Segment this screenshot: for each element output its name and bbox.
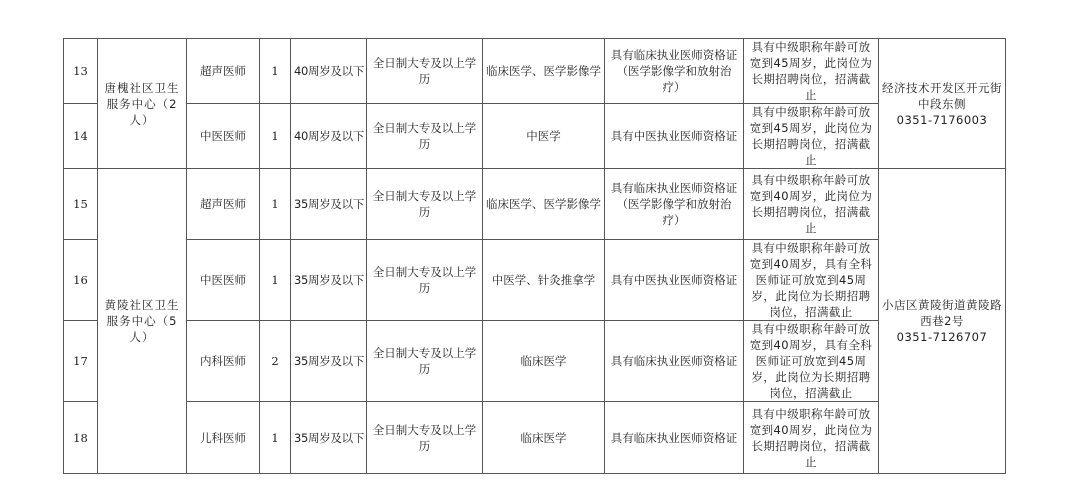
education: 全日制大专及以上学历 bbox=[367, 169, 483, 240]
row-number: 15 bbox=[64, 169, 98, 240]
headcount: 1 bbox=[260, 402, 291, 474]
qualification: 具有临床执业医师资格证 bbox=[605, 321, 744, 402]
qualification: 具有临床执业医师资格证（医学影像学和放射治疗） bbox=[605, 169, 744, 240]
note: 具有中级职称年龄可放宽到40周岁，具有全科医师证可放宽到45周岁，此岗位为长期招… bbox=[744, 321, 879, 402]
qualification: 具有临床执业医师资格证（医学影像学和放射治疗） bbox=[605, 39, 744, 104]
row-number: 16 bbox=[64, 240, 98, 321]
table-row: 16 中医医师 1 35周岁及以下 全日制大专及以上学历 中医学、针灸推拿学 具… bbox=[64, 240, 1006, 321]
headcount: 1 bbox=[260, 240, 291, 321]
position: 超声医师 bbox=[187, 169, 260, 240]
row-number: 17 bbox=[64, 321, 98, 402]
education: 全日制大专及以上学历 bbox=[367, 39, 483, 104]
row-number: 14 bbox=[64, 104, 98, 169]
qualification: 具有中医执业医师资格证 bbox=[605, 240, 744, 321]
position: 内科医师 bbox=[187, 321, 260, 402]
unit-name: 黄陵社区卫生服务中心（5人） bbox=[98, 169, 187, 474]
table-row: 15 黄陵社区卫生服务中心（5人） 超声医师 1 35周岁及以下 全日制大专及以… bbox=[64, 169, 1006, 240]
phone: 0351-7176003 bbox=[882, 112, 1002, 128]
note: 具有中级职称年龄可放宽到40周岁，此岗位为长期招聘岗位，招满截止 bbox=[744, 169, 879, 240]
recruitment-table: 13 唐槐社区卫生服务中心（2人） 超声医师 1 40周岁及以下 全日制大专及以… bbox=[63, 38, 1006, 474]
note: 具有中级职称年龄可放宽到40周岁，此岗位为长期招聘岗位，招满截止 bbox=[744, 402, 879, 474]
table-row: 13 唐槐社区卫生服务中心（2人） 超声医师 1 40周岁及以下 全日制大专及以… bbox=[64, 39, 1006, 104]
address: 经济技术开发区开元街中段东侧 bbox=[882, 80, 1002, 112]
age-requirement: 35周岁及以下 bbox=[291, 321, 367, 402]
address-contact: 经济技术开发区开元街中段东侧 0351-7176003 bbox=[879, 39, 1006, 169]
major: 临床医学、医学影像学 bbox=[483, 39, 605, 104]
position: 儿科医师 bbox=[187, 402, 260, 474]
headcount: 1 bbox=[260, 169, 291, 240]
position: 中医医师 bbox=[187, 240, 260, 321]
note: 具有中级职称年龄可放宽到45周岁，此岗位为长期招聘岗位，招满截止 bbox=[744, 39, 879, 104]
major: 临床医学 bbox=[483, 402, 605, 474]
headcount: 2 bbox=[260, 321, 291, 402]
age-requirement: 40周岁及以下 bbox=[291, 104, 367, 169]
age-requirement: 40周岁及以下 bbox=[291, 39, 367, 104]
position: 中医医师 bbox=[187, 104, 260, 169]
headcount: 1 bbox=[260, 39, 291, 104]
note: 具有中级职称年龄可放宽到45周岁，此岗位为长期招聘岗位，招满截止 bbox=[744, 104, 879, 169]
education: 全日制大专及以上学历 bbox=[367, 321, 483, 402]
phone: 0351-7126707 bbox=[882, 329, 1002, 345]
age-requirement: 35周岁及以下 bbox=[291, 402, 367, 474]
qualification: 具有中医执业医师资格证 bbox=[605, 104, 744, 169]
major: 中医学 bbox=[483, 104, 605, 169]
age-requirement: 35周岁及以下 bbox=[291, 169, 367, 240]
education: 全日制大专及以上学历 bbox=[367, 240, 483, 321]
address-contact: 小店区黄陵街道黄陵路西巷2号 0351-7126707 bbox=[879, 169, 1006, 474]
major: 中医学、针灸推拿学 bbox=[483, 240, 605, 321]
note: 具有中级职称年龄可放宽到40周岁，具有全科医师证可放宽到45周岁，此岗位为长期招… bbox=[744, 240, 879, 321]
row-number: 13 bbox=[64, 39, 98, 104]
education: 全日制大专及以上学历 bbox=[367, 402, 483, 474]
row-number: 18 bbox=[64, 402, 98, 474]
table-row: 14 中医医师 1 40周岁及以下 全日制大专及以上学历 中医学 具有中医执业医… bbox=[64, 104, 1006, 169]
headcount: 1 bbox=[260, 104, 291, 169]
table-row: 17 内科医师 2 35周岁及以下 全日制大专及以上学历 临床医学 具有临床执业… bbox=[64, 321, 1006, 402]
address: 小店区黄陵街道黄陵路西巷2号 bbox=[882, 297, 1002, 329]
unit-name: 唐槐社区卫生服务中心（2人） bbox=[98, 39, 187, 169]
education: 全日制大专及以上学历 bbox=[367, 104, 483, 169]
major: 临床医学 bbox=[483, 321, 605, 402]
major: 临床医学、医学影像学 bbox=[483, 169, 605, 240]
age-requirement: 35周岁及以下 bbox=[291, 240, 367, 321]
table-row: 18 儿科医师 1 35周岁及以下 全日制大专及以上学历 临床医学 具有临床执业… bbox=[64, 402, 1006, 474]
position: 超声医师 bbox=[187, 39, 260, 104]
qualification: 具有临床执业医师资格证 bbox=[605, 402, 744, 474]
